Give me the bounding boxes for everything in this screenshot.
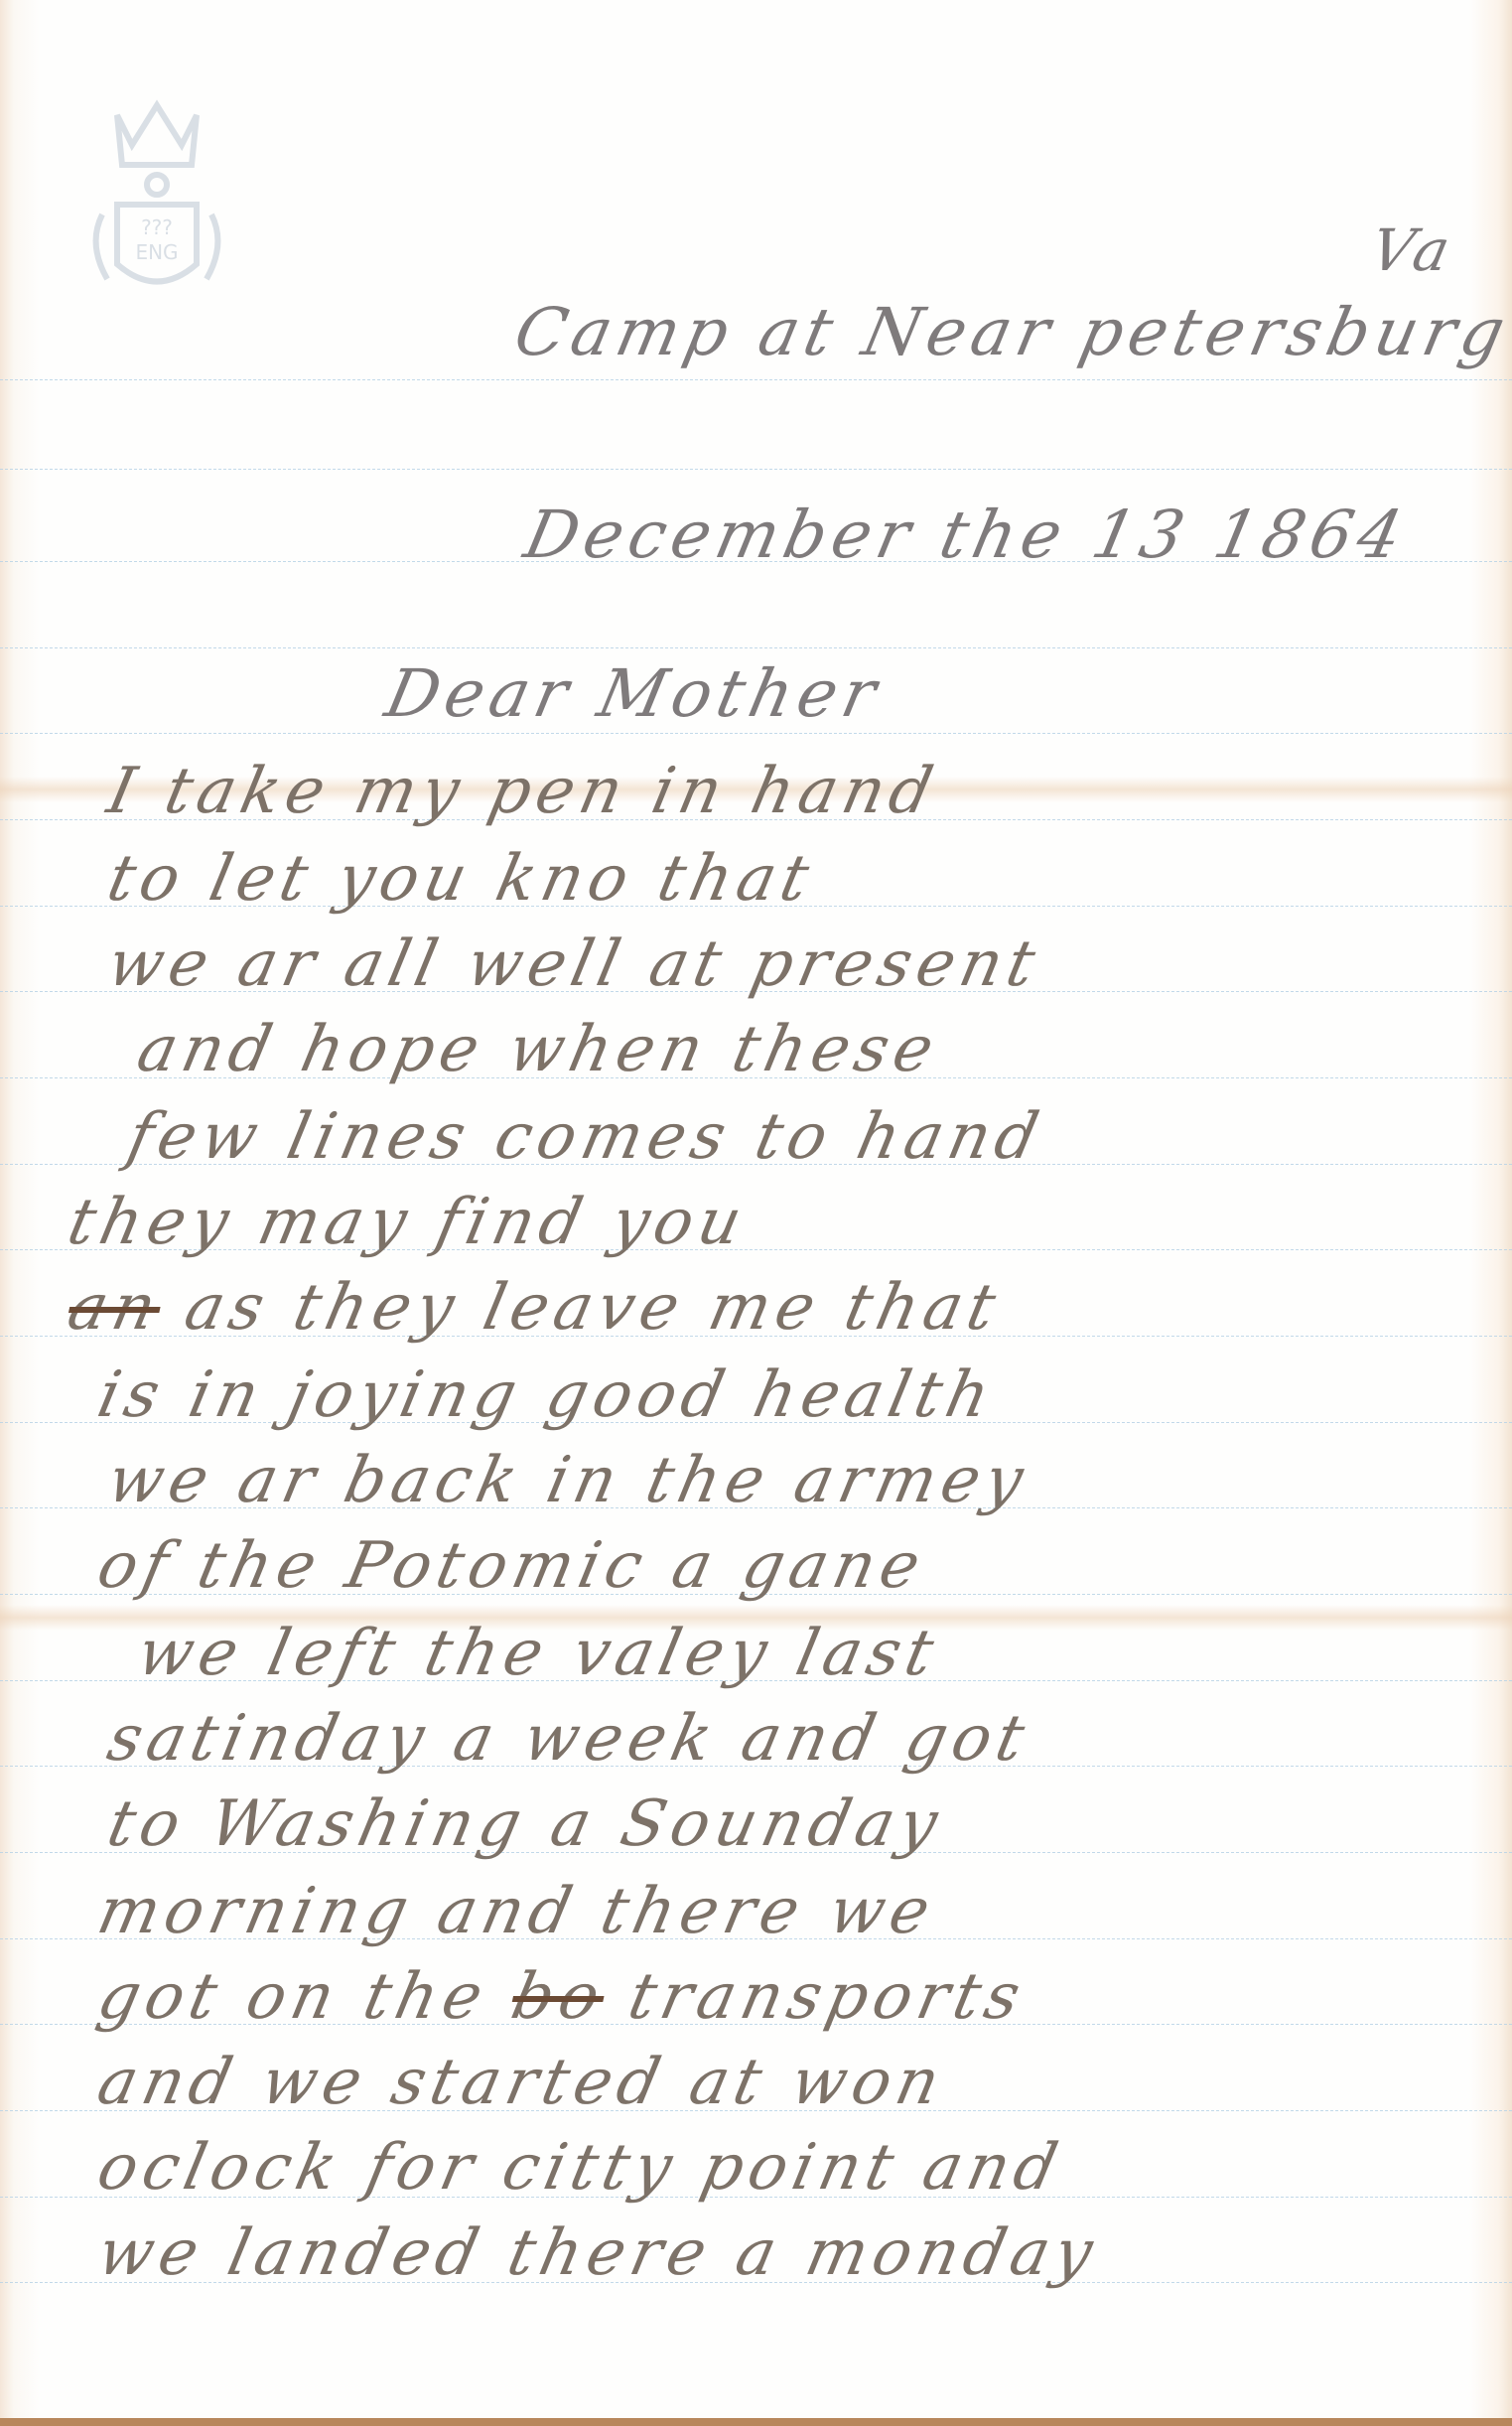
letter-line: satinday a week and got [101,1702,1036,1776]
letter-line: we ar back in the armey [101,1444,1035,1517]
letter-line: I take my pen in hand [101,755,944,828]
letter-line: morning and there we [91,1875,942,1948]
letter-line: of the Potomic a gane [91,1529,932,1603]
ruled-line [0,733,1512,734]
letter-line: we left the valey last [131,1617,945,1690]
letter-line: to Washing a Sounday [101,1787,949,1861]
struck-word: an [62,1271,168,1345]
date-month: December the 13 1864 [518,497,1415,573]
ruled-line [0,647,1512,648]
letter-line: oclock for citty point and [91,2131,1069,2205]
letter-line: got on the bo transports [91,1960,1032,2034]
struck-word: bo [505,1960,612,2034]
ruled-line [0,469,1512,470]
letter-line: and we started at won [91,2046,951,2119]
state-abbreviation: Va [1365,216,1462,284]
letter-paper: ??? ENG Va Camp at Near petersburg Decem… [0,0,1512,2426]
letter-line: we landed there a monday [91,2216,1105,2290]
letter-place: Camp at Near petersburg [508,294,1512,370]
letter-line: and hope when these [131,1013,945,1086]
ruled-line [0,379,1512,380]
svg-text:???: ??? [141,215,173,239]
svg-text:ENG: ENG [135,240,178,264]
paper-bottom-edge [0,2418,1512,2426]
letter-line: is in joying good health [91,1358,1002,1432]
letter-line: few lines comes to hand [121,1100,1050,1174]
letter-line: to let you kno that [101,842,821,916]
letter-date: December the 13 1864 [518,497,1415,573]
letter-line: we ar all well at present [101,928,1047,1001]
salutation: Dear Mother [379,655,889,732]
crown-crest-icon: ??? ENG [77,85,236,304]
letter-line: an as they leave me that [62,1271,1008,1345]
letter-line: they may find you [62,1186,754,1259]
